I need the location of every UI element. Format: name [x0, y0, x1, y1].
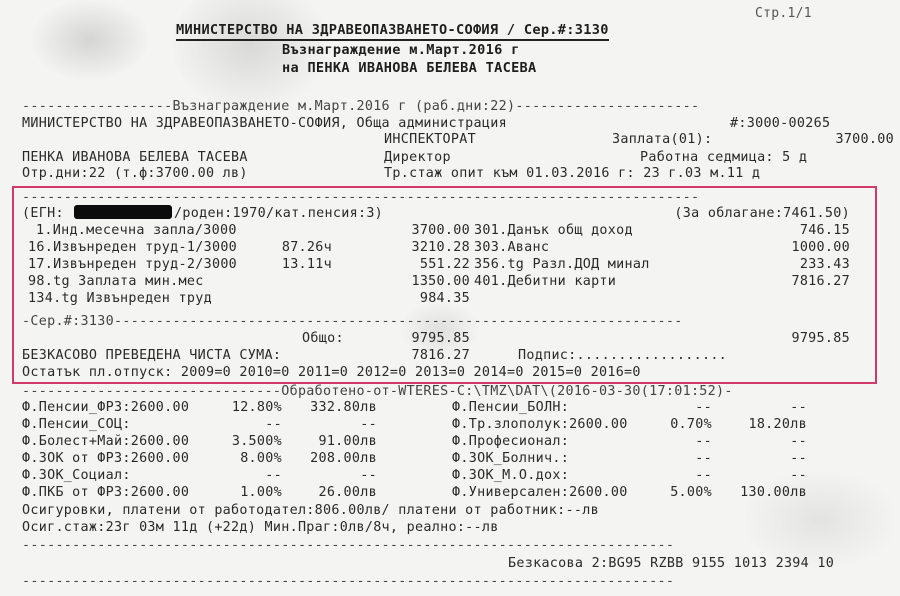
earning-label: 17.Извънреден труд-2/3000 [28, 257, 237, 273]
contribution-label: Ф.ЗОК от ФРЗ:2600.00 [22, 451, 189, 467]
contribution-amount: -- [697, 434, 807, 450]
contribution-label: Ф.ЗОК_Социал: [22, 468, 131, 484]
employee-name: ПЕНКА ИВАНОВА БЕЛЕВА ТАСЕВА [22, 150, 248, 166]
total-label: Общо: [302, 331, 344, 347]
page-indicator: Стр.1/1 [755, 6, 812, 22]
net-label: БЕЗКАСОВО ПРЕВЕДЕНА ЧИСТА СУМА: [22, 348, 281, 364]
earning-hours: 87.26ч [250, 240, 332, 256]
worked-days: Отр.дни:22 (т.ф:3700.00 лв) [22, 166, 248, 182]
earning-amount: 3700.00 [380, 223, 470, 239]
earning-label: 1.Инд.месечна запла/3000 [36, 223, 237, 239]
leave-remaining: Остатък пл.отпуск: 2009=0 2010=0 2011=0 … [22, 365, 641, 381]
contribution-label: Ф.ЗОК_Болнич.: [452, 451, 569, 467]
deduction-amount: 1000.00 [760, 240, 850, 256]
contribution-amount: 26.00лв [267, 485, 377, 501]
deduction-label: 401.Дебитни карти [474, 274, 616, 290]
contribution-label: Ф.Болест+Май:2600.00 [22, 434, 189, 450]
organization: МИНИСТЕРСТВО НА ЗДРАВЕОПАЗВАНЕТО-СОФИЯ, … [22, 116, 507, 132]
earning-label: 16.Извънреден труд-1/3000 [28, 240, 237, 256]
document-title: МИНИСТЕРСТВО НА ЗДРАВЕОПАЗВАНЕТО-СОФИЯ /… [176, 22, 609, 41]
payslip-document: Стр.1/1 МИНИСТЕРСТВО НА ЗДРАВЕОПАЗВАНЕТО… [0, 0, 900, 596]
contribution-label: Ф.Професионал: [452, 434, 569, 450]
contribution-amount: 91.00лв [267, 434, 377, 450]
department: ИНСПЕКТОРАТ [384, 132, 476, 148]
taxable-amount: (За облагане:7461.50) [600, 206, 850, 222]
processed-line: -------------------------------Обработен… [22, 384, 733, 400]
earning-hours: 13.11ч [250, 257, 332, 273]
document-recipient: на ПЕНКА ИВАНОВА БЕЛЕВА ТАСЕВА [282, 60, 537, 76]
deduction-label: 303.Аванс [474, 240, 549, 256]
deduction-amount: 233.43 [760, 257, 850, 273]
earning-label: 134.tg Извънреден труд [28, 291, 212, 307]
experience: Тр.стаж опит към 01.03.2016 г: 23 г.03 м… [384, 166, 760, 182]
contribution-label: Ф.ПКБ от ФРЗ:2600.00 [22, 485, 189, 501]
period-line: ------------------Възнаграждение м.Март.… [22, 99, 699, 115]
contribution-amount: -- [697, 468, 807, 484]
organization-code: #:3000-00265 [730, 116, 830, 132]
salary-label: Заплата(01): [612, 132, 712, 148]
work-week: Работна седмица: 5 д [640, 150, 807, 166]
contribution-label: Ф.Пенсии_СОЦ: [22, 417, 131, 433]
earning-amount: 1350.00 [380, 274, 470, 290]
deduction-amount: 7816.27 [760, 274, 850, 290]
insurance-experience: Осиг.стаж:23г 03м 11д (+22д) Мин.Праг:0л… [22, 520, 499, 536]
bottom-divider-1: ----------------------------------------… [22, 538, 674, 554]
earning-amount: 3210.28 [380, 240, 470, 256]
salary-value: 3700.00 [760, 132, 894, 148]
contribution-label: Ф.ЗОК_М.О.дох: [452, 468, 569, 484]
contribution-amount: -- [697, 451, 807, 467]
contribution-amount: 332.80лв [267, 400, 377, 416]
redacted-egn [74, 205, 172, 219]
contribution-label: Ф.Универсален:2600.00 [452, 485, 628, 501]
total-deductions: 9795.85 [760, 331, 850, 347]
signature-line: Подпис:.................. [518, 348, 727, 364]
contribution-amount: 18.20лв [697, 417, 807, 433]
bank-account: Безкасова 2:BG95 RZBB 9155 1013 2394 10 [508, 556, 834, 572]
earning-amount: 984.35 [380, 291, 470, 307]
deduction-label: 356.tg Разл.ДОД минал [474, 257, 650, 273]
details-divider: ----------------------------------------… [22, 190, 699, 206]
deduction-amount: 746.15 [760, 223, 850, 239]
contribution-amount: 208.00лв [267, 451, 377, 467]
total-earnings: 9795.85 [380, 331, 470, 347]
insurance-paid: Осигуровки, платени от работодател:806.0… [22, 503, 599, 519]
contribution-label: Ф.Пенсии_БОЛН: [452, 400, 569, 416]
contribution-amount: -- [697, 400, 807, 416]
earning-label: 98.tg Заплата мин.мес [28, 274, 204, 290]
contribution-amount: -- [267, 417, 377, 433]
net-value: 7816.27 [380, 348, 470, 364]
deduction-label: 301.Данък общ доход [474, 223, 633, 239]
birth-pension-info: /роден:1970/кат.пенсия:3) [174, 206, 383, 222]
contribution-label: Ф.Тр.злополук:2600.00 [452, 417, 628, 433]
contribution-amount: -- [267, 468, 377, 484]
contribution-amount: 130.00лв [697, 485, 807, 501]
egn-label: (ЕГН: [22, 206, 64, 222]
bottom-divider-2: ----------------------------------------… [22, 574, 674, 590]
contribution-label: Ф.Пенсии_ФРЗ:2600.00 [22, 400, 189, 416]
earning-amount: 551.22 [380, 257, 470, 273]
document-subtitle: Възнаграждение м.Март.2016 г [282, 42, 520, 58]
position: Директор [384, 150, 451, 166]
series-line: -Сер.#:3130-----------------------------… [22, 314, 683, 330]
